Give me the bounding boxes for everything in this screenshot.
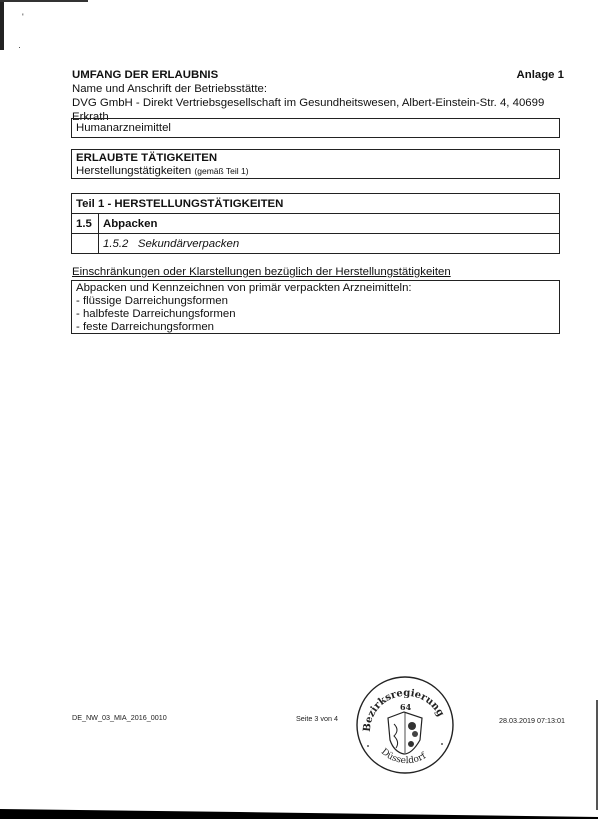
table-row: 1.5 Abpacken xyxy=(72,214,560,234)
document-id: DE_NW_03_MIA_2016_0010 xyxy=(72,713,167,722)
activities-subtitle: Herstellungstätigkeiten xyxy=(76,165,191,177)
address-label: Name und Anschrift der Betriebsstätte: xyxy=(72,82,564,96)
restriction-line: - feste Darreichungsformen xyxy=(76,321,555,334)
scan-artifact xyxy=(0,809,598,819)
scan-artifact: · xyxy=(18,42,21,52)
subsection: 1.5.2 Sekundärverpacken xyxy=(99,234,560,254)
scan-artifact: ' xyxy=(22,12,24,22)
stamp-number: 64 xyxy=(400,702,412,712)
table-row: 1.5.2 Sekundärverpacken xyxy=(72,234,560,254)
restriction-line: - flüssige Darreichungsformen xyxy=(76,295,555,308)
restrictions-box: Abpacken und Kennzeichnen von primär ver… xyxy=(71,280,560,334)
subsection-number: 1.5.2 xyxy=(103,238,128,250)
stamp-seal-icon: Bezirksregierung Düsseldorf 64 xyxy=(354,674,456,776)
restrictions-title: Einschränkungen oder Klarstellungen bezü… xyxy=(72,266,451,278)
category-label: Humanarzneimittel xyxy=(76,122,171,134)
restriction-line: Abpacken und Kennzeichnen von primär ver… xyxy=(76,282,555,295)
page-number: Seite 3 von 4 xyxy=(296,714,338,723)
table-row: Teil 1 - HERSTELLUNGSTÄTIGKEITEN xyxy=(72,194,560,214)
part1-table: Teil 1 - HERSTELLUNGSTÄTIGKEITEN 1.5 Abp… xyxy=(71,193,560,254)
section-number: 1.5 xyxy=(72,214,99,234)
activities-note: (gemäß Teil 1) xyxy=(194,166,248,176)
restriction-line: - halbfeste Darreichungsformen xyxy=(76,308,555,321)
svg-text:Düsseldorf: Düsseldorf xyxy=(379,747,429,766)
timestamp: 28.03.2019 07:13:01 xyxy=(499,716,565,725)
category-box: Humanarzneimittel xyxy=(71,118,560,138)
official-stamp: Bezirksregierung Düsseldorf 64 xyxy=(354,674,456,776)
annex-label: Anlage 1 xyxy=(517,68,564,82)
document-header: UMFANG DER ERLAUBNIS Anlage 1 Name und A… xyxy=(72,68,564,124)
scan-artifact xyxy=(0,0,4,50)
stamp-bottom-text: Düsseldorf xyxy=(379,747,429,766)
activities-title: ERLAUBTE TÄTIGKEITEN xyxy=(76,152,555,165)
subsection-label: Sekundärverpacken xyxy=(138,238,239,250)
empty-cell xyxy=(72,234,99,254)
document-title: UMFANG DER ERLAUBNIS xyxy=(72,68,218,82)
activities-box: ERLAUBTE TÄTIGKEITEN Herstellungstätigke… xyxy=(71,149,560,179)
part1-title: Teil 1 - HERSTELLUNGSTÄTIGKEITEN xyxy=(72,194,560,214)
scan-artifact xyxy=(0,0,88,2)
section-label: Abpacken xyxy=(99,214,560,234)
